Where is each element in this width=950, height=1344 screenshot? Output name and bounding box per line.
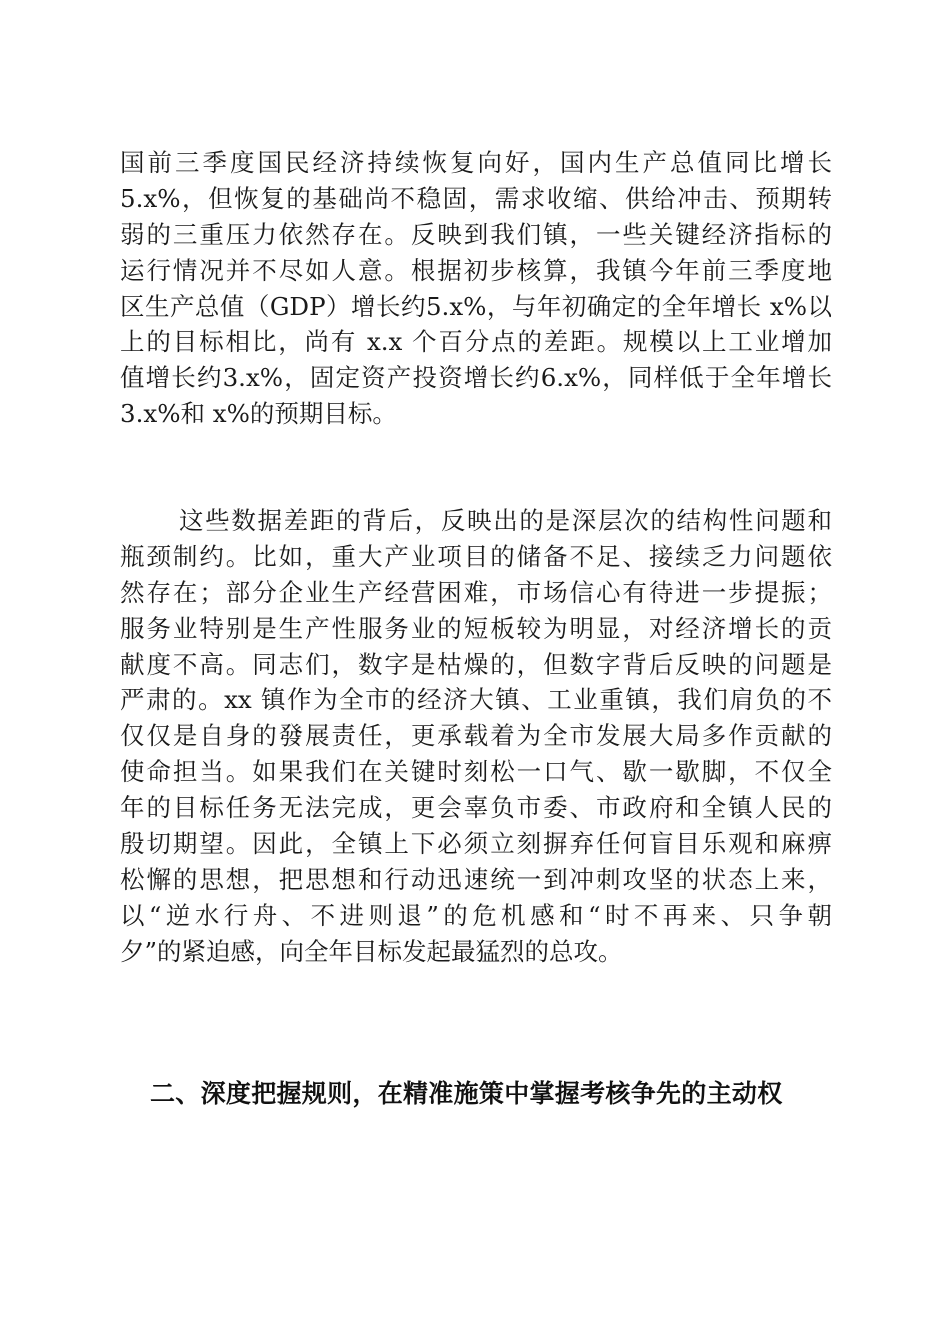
paragraph-line: 区生产总值（GDP）增长约5.x%，与年初确定的全年增长 x%以 [120,289,832,325]
paragraph-line: 严肃的。xx 镇作为全市的经济大镇、工业重镇，我们肩负的不 [120,682,832,718]
paragraph-line: 夕”的紧迫感，向全年目标发起最猛烈的总攻。 [120,934,832,970]
paragraph-line: 瓶颈制约。比如，重大产业项目的储备不足、接续乏力问题依 [120,539,832,575]
paragraph-line: 值增长约3.x%，固定资产投资增长约6.x%，同样低于全年增长 [120,360,832,396]
paragraph-line: 殷切期望。因此，全镇上下必须立刻摒弃任何盲目乐观和麻痹 [120,826,832,862]
paragraph-line: 然存在；部分企业生产经营困难，市场信心有待进一步提振； [120,575,832,611]
paragraph-line: 仅仅是自身的發展责任，更承载着为全市发展大局多作贡献的 [120,718,832,754]
paragraph-line: 弱的三重压力依然存在。反映到我们镇，一些关键经济指标的 [120,217,832,253]
paragraph-line: 年的目标任务无法完成，更会辜负市委、市政府和全镇人民的 [120,790,832,826]
document-page: 国前三季度国民经济持续恢复向好，国内生产总值同比增长 5.x%，但恢复的基础尚不… [0,0,950,1344]
paragraph-line: 运行情况并不尽如人意。根据初步核算，我镇今年前三季度地 [120,253,832,289]
paragraph-line: 国前三季度国民经济持续恢复向好，国内生产总值同比增长 [120,145,832,181]
paragraph-line: 服务业特别是生产性服务业的短板较为明显，对经济增长的贡 [120,611,832,647]
paragraph-line: 3.x%和 x%的预期目标。 [120,396,832,432]
paragraph-line: 献度不高。同志们，数字是枯燥的，但数字背后反映的问题是 [120,647,832,683]
paragraph-economic-overview: 国前三季度国民经济持续恢复向好，国内生产总值同比增长 5.x%，但恢复的基础尚不… [120,145,832,432]
section-heading: 二、深度把握规则，在精准施策中掌握考核争先的主动权 [150,1075,850,1113]
paragraph-line: 上的目标相比，尚有 x.x 个百分点的差距。规模以上工业增加 [120,324,832,360]
paragraph-line: 松懈的思想，把思想和行动迅速统一到冲刺攻坚的状态上来， [120,862,832,898]
paragraph-line: 这些数据差距的背后，反映出的是深层次的结构性问题和 [120,503,832,539]
paragraph-line: 5.x%，但恢复的基础尚不稳固，需求收缩、供给冲击、预期转 [120,181,832,217]
paragraph-line: 以“逆水行舟、不进则退”的危机感和“时不再来、只争朝 [120,898,832,934]
paragraph-structural-problems: 这些数据差距的背后，反映出的是深层次的结构性问题和 瓶颈制约。比如，重大产业项目… [120,503,832,970]
paragraph-line: 使命担当。如果我们在关键时刻松一口气、歇一歇脚，不仅全 [120,754,832,790]
